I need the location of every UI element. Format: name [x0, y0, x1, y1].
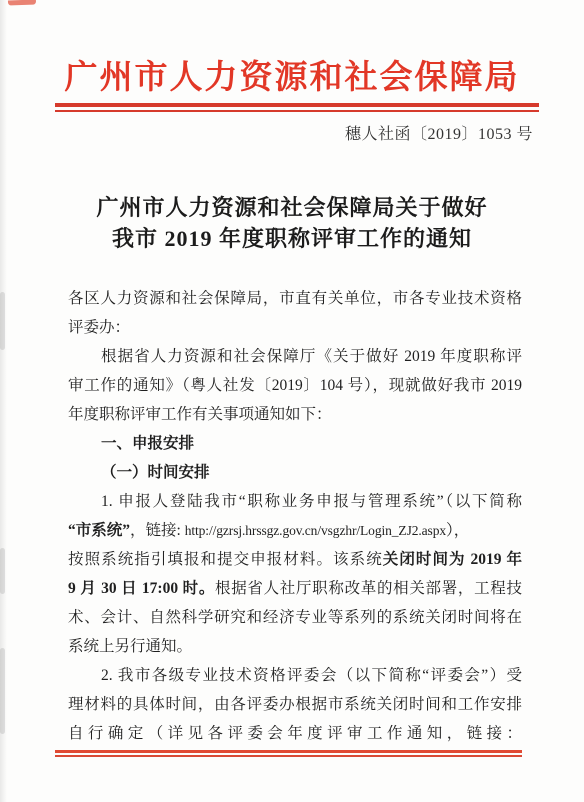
document-url-text: http://gzrsj.hrssgz.gov.cn/vsgzhr/Login_… [185, 523, 446, 538]
body-text-segment: 年度职称评审工作有关事项通知如下： [68, 406, 332, 423]
body-line: 根据省人力资源和社会保障厅《关于做好 2019 年度职称评 [68, 342, 522, 371]
body-line: 审工作的通知》（粤人社发〔2019〕104 号），现就做好我市 2019 [68, 371, 522, 400]
body-line: 1. 申报人登陆我市“职称业务申报与管理系统”（以下简称 [68, 487, 522, 516]
footer-double-rule-top [55, 750, 522, 753]
body-text-segment: 自行确定（详见各评委会年度评审工作通知，链接： [68, 725, 522, 742]
body-text-segment: 一、申报安排 [101, 435, 194, 452]
scanned-document-page: 广州市人力资源和社会保障局 穗人社函〔2019〕1053 号 广州市人力资源和社… [0, 0, 584, 802]
document-number: 穗人社函〔2019〕1053 号 [345, 124, 533, 146]
document-body: 各区人力资源和社会保障局，市直有关单位，市各专业技术资格评委办：根据省人力资源和… [68, 284, 522, 748]
body-text-segment: 审工作的通知》（粤人社发〔2019〕104 号），现就做好我市 2019 [68, 377, 522, 394]
body-text-segment: 评委办： [68, 319, 130, 336]
scan-artifact-red-mark [8, 0, 36, 5]
body-text-segment: 按照系统指引填报和提交申报材料。该系统 [68, 551, 383, 568]
body-line: 术、会计、自然科学研究和经济专业等系列的系统关闭时间将在 [68, 603, 522, 632]
body-text-segment: ，链接: [130, 522, 185, 539]
body-text-segment: 根据省人社厅职称改革的相关部署，工程技 [215, 580, 522, 597]
body-text-segment: 理材料的具体时间，由各评委办根据市系统关闭时间和工作安排 [68, 696, 522, 713]
body-line: 各区人力资源和社会保障局，市直有关单位，市各专业技术资格 [68, 284, 522, 313]
body-text-segment: 关闭时间为 2019 年 [383, 551, 522, 568]
footer-double-rule-bottom [55, 755, 522, 757]
letterhead-org-name: 广州市人力资源和社会保障局 [0, 56, 584, 100]
body-text-segment: 9 月 30 日 17:00 时。 [68, 580, 215, 597]
body-line: 年度职称评审工作有关事项通知如下： [68, 400, 522, 429]
notice-title-line2: 我市 2019 年度职称评审工作的通知 [0, 223, 584, 254]
body-line: 按照系统指引填报和提交申报材料。该系统关闭时间为 2019 年 [68, 545, 522, 574]
body-line: “市系统”，链接: http://gzrsj.hrssgz.gov.cn/vsg… [68, 516, 522, 545]
body-text-segment: 系统上另行通知。 [68, 638, 192, 655]
body-text-segment: 各区人力资源和社会保障局，市直有关单位，市各专业技术资格 [68, 290, 522, 307]
body-line: 理材料的具体时间，由各评委办根据市系统关闭时间和工作安排 [68, 690, 522, 719]
body-text-segment: 1. 申报人登陆我市“职称业务申报与管理系统”（以下简称 [101, 493, 522, 510]
notice-title-line1: 广州市人力资源和社会保障局关于做好 [0, 192, 584, 223]
scan-artifact-smudge [0, 292, 5, 350]
body-line: 系统上另行通知。 [68, 632, 522, 661]
body-text-segment: ）， [446, 522, 469, 539]
body-line: 9 月 30 日 17:00 时。根据省人社厅职称改革的相关部署，工程技 [68, 574, 522, 603]
body-text-segment: 2. 我市各级专业技术资格评委会（以下简称“评委会”）受 [101, 667, 522, 684]
scan-artifact-smudge [0, 648, 5, 734]
body-line: 2. 我市各级专业技术资格评委会（以下简称“评委会”）受 [68, 661, 522, 690]
body-text-segment: （一）时间安排 [101, 464, 210, 481]
body-line: （一）时间安排 [68, 458, 522, 487]
body-text-segment: “市系统” [68, 522, 130, 539]
body-line: 评委办： [68, 313, 522, 342]
letterhead-double-rule-top [55, 103, 539, 107]
scan-artifact-smudge [0, 548, 5, 594]
letterhead-double-rule-bottom [55, 110, 539, 112]
body-text-segment: 根据省人力资源和社会保障厅《关于做好 2019 年度职称评 [101, 348, 522, 365]
body-line: 自行确定（详见各评委会年度评审工作通知，链接： [68, 719, 522, 748]
notice-title: 广州市人力资源和社会保障局关于做好 我市 2019 年度职称评审工作的通知 [0, 192, 584, 254]
body-text-segment: 术、会计、自然科学研究和经济专业等系列的系统关闭时间将在 [68, 609, 522, 626]
body-line: 一、申报安排 [68, 429, 522, 458]
